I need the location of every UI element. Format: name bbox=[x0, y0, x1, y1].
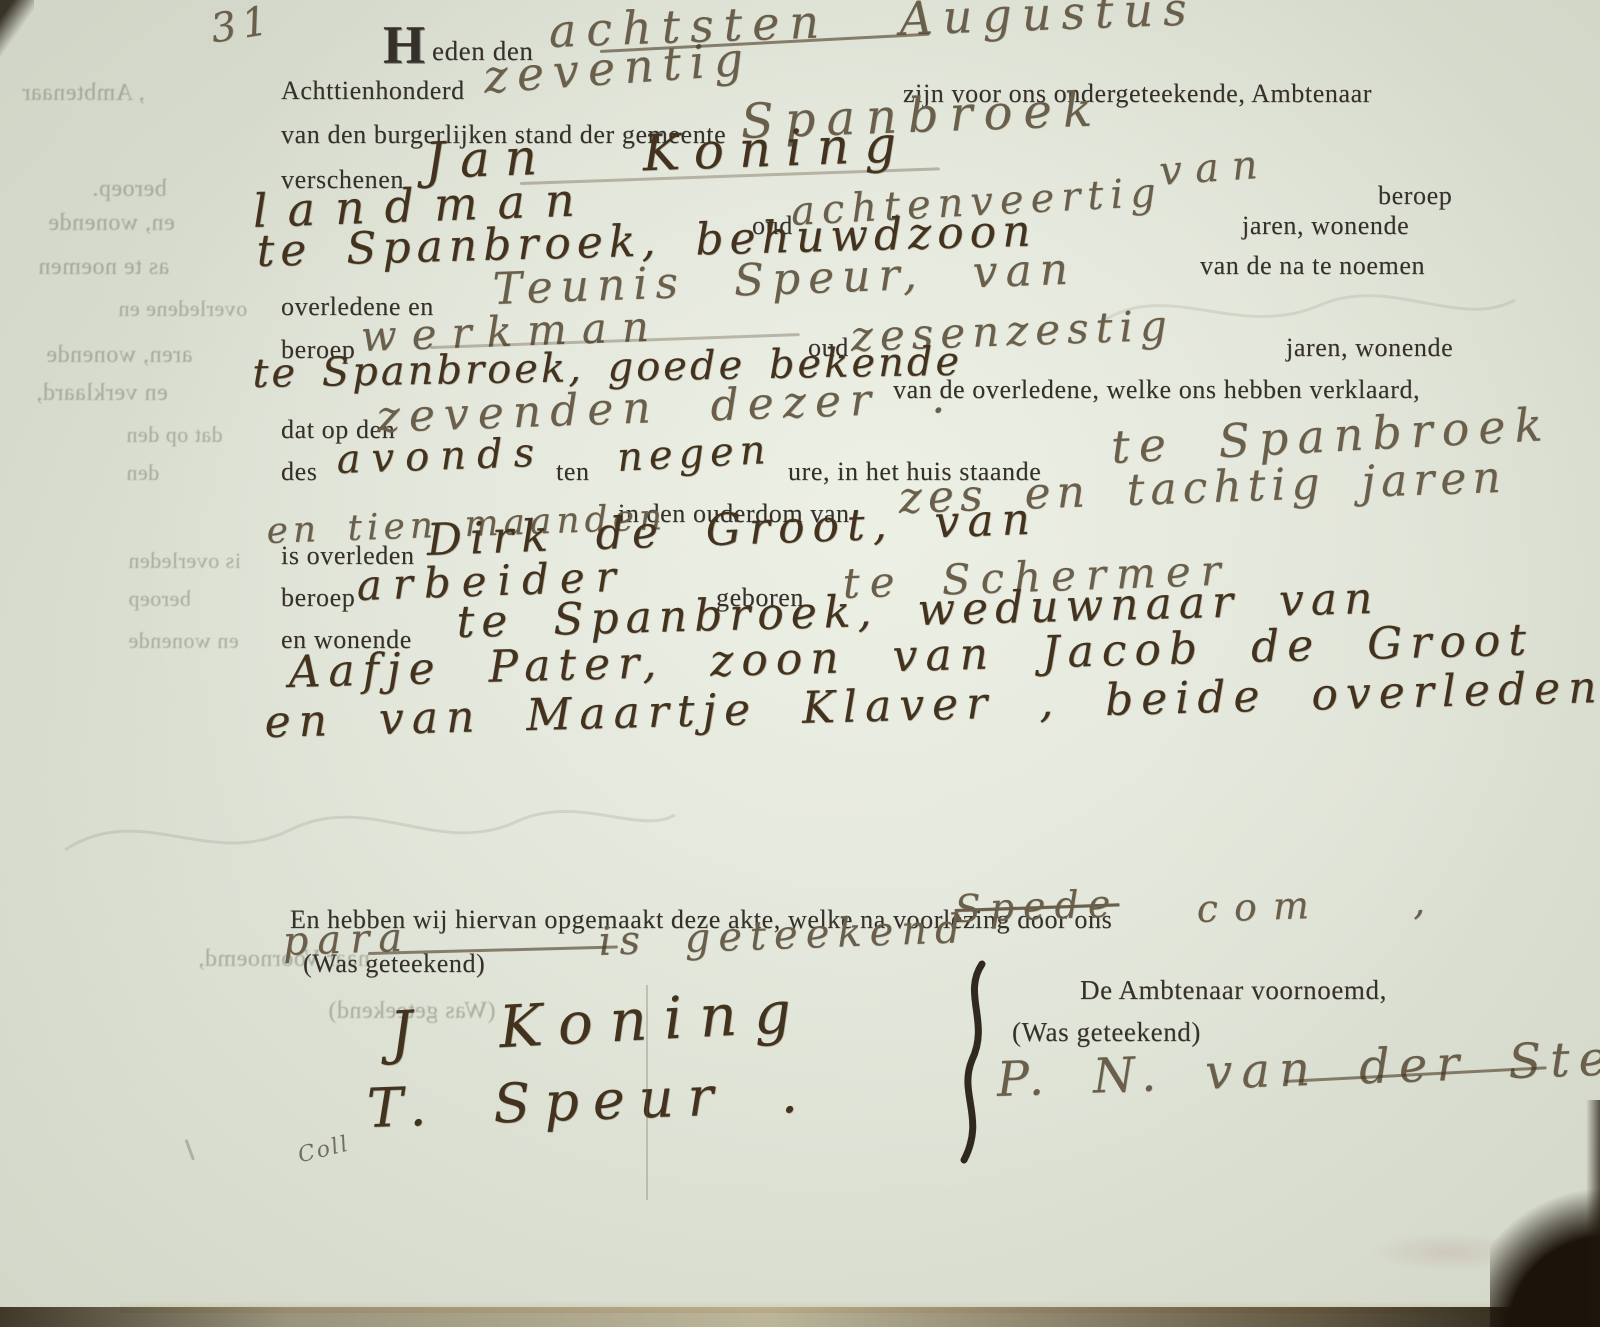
ghost-bleedthrough-text: dat op den bbox=[126, 422, 223, 448]
printed-des: des bbox=[281, 457, 317, 487]
printed-jaren-wonende-1: jaren, wonende bbox=[1242, 211, 1409, 241]
hw-closing-continuation: com , bbox=[1196, 881, 1442, 928]
hw-van: van bbox=[1158, 144, 1272, 192]
torn-bottom-edge bbox=[0, 1307, 1600, 1327]
ghost-bleedthrough-text: en verklaard, bbox=[36, 380, 168, 407]
ghost-scribble bbox=[60, 760, 680, 890]
faint-stamp-smudge bbox=[1368, 1232, 1528, 1272]
printed-van-de-na-te-noemen: van de na te noemen bbox=[1200, 251, 1425, 281]
hw-hour: negen bbox=[616, 430, 772, 478]
hw-time-of-day: avonds bbox=[336, 433, 546, 480]
signature-declarant2: T. Speur . bbox=[366, 1066, 812, 1135]
ghost-bleedthrough-text: as te noemen bbox=[38, 254, 169, 281]
ghost-bleedthrough-text: , Ambtenaar bbox=[22, 80, 145, 107]
ghost-bleedthrough-text: en wonende bbox=[128, 628, 239, 654]
printed-ambtenaar-voornoemd: De Ambtenaar voornoemd, bbox=[1080, 975, 1387, 1006]
death-certificate-scan: , Ambtenaarberoep.en, wonendeas te noeme… bbox=[0, 0, 1600, 1327]
hw-closing-line2-end: is geteekend bbox=[598, 909, 969, 962]
printed-achttienhonderd: Achttienhonderd bbox=[281, 76, 465, 106]
ghost-bleedthrough-text: beroep. bbox=[92, 176, 167, 203]
marginalia-coll: Coll bbox=[296, 1133, 352, 1167]
ghost-bleedthrough-text: den bbox=[126, 460, 159, 486]
hw-closing-line2-start: para bbox=[282, 918, 412, 962]
dark-right-edge bbox=[1586, 1100, 1600, 1327]
printed-jaren-wonende-2: jaren, wonende bbox=[1286, 333, 1453, 363]
dark-corner-top-left bbox=[0, 0, 34, 58]
printed-was-geteekend-rechts: (Was geteekend) bbox=[1012, 1017, 1201, 1048]
ghost-bleedthrough-text: beroep bbox=[128, 586, 191, 612]
printed-beroep-1: beroep bbox=[1378, 181, 1452, 211]
ghost-bleedthrough-text: is overleden bbox=[128, 548, 241, 574]
printed-beroep-3: beroep bbox=[281, 583, 355, 613]
signature-declarant1: J Koning bbox=[388, 982, 809, 1062]
ghost-bleedthrough-text: overledene en bbox=[118, 296, 247, 322]
pencil-tick bbox=[185, 1139, 195, 1161]
ghost-bleedthrough-text: aren, wonende bbox=[46, 342, 192, 369]
paper-crease bbox=[646, 985, 648, 1200]
ghost-bleedthrough-text: en, wonende bbox=[48, 210, 175, 237]
printed-ten: ten bbox=[556, 457, 590, 487]
hw-closing-struck-word: Spede bbox=[954, 884, 1120, 928]
printed-van-de-overledene: van de overledene, welke ons hebben verk… bbox=[893, 375, 1420, 405]
act-number: 31 bbox=[208, 0, 276, 49]
drop-cap-h: H bbox=[383, 18, 425, 72]
